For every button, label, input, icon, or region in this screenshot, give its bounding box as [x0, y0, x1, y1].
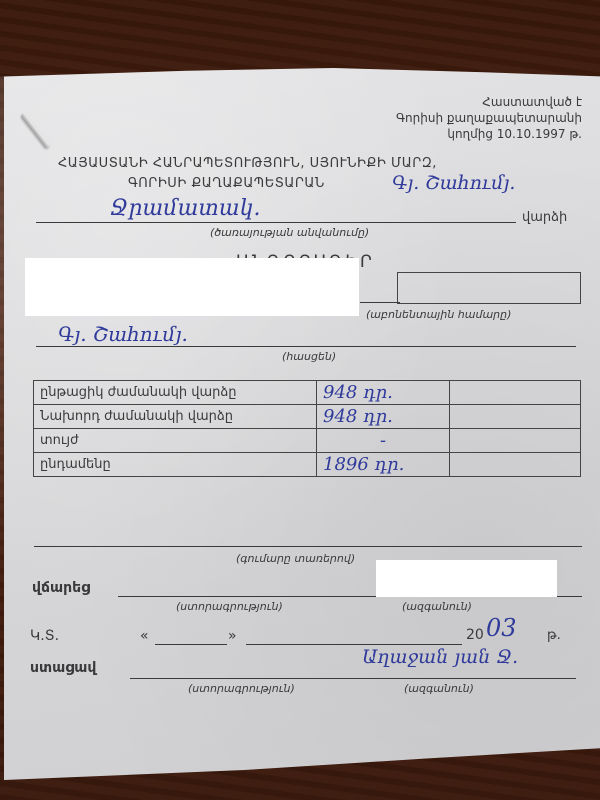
approval-line-2: Գորիսի քաղաքապետարանի	[396, 110, 582, 126]
received-label: ստացավ	[30, 660, 96, 676]
date-day-underline	[155, 644, 227, 645]
table-row: ընդամենը 1896 դր.	[34, 453, 581, 477]
subscriber-number-box	[397, 272, 581, 304]
paid-signature-caption: (ստորագրություն)	[176, 600, 283, 613]
paid-name-caption: (ազգանուն)	[402, 600, 472, 613]
row-label: տույժ	[34, 429, 317, 453]
row-value: 1896 դր.	[317, 453, 450, 477]
service-handwritten: Ջրամատակ.	[110, 196, 260, 221]
service-underline	[36, 222, 516, 223]
row-label: ընթացիկ ժամանակի վարձը	[34, 381, 317, 405]
table-row: ընթացիկ ժամանակի վարձը 948 դր.	[34, 381, 581, 405]
seal-label: Կ.Տ.	[30, 628, 59, 644]
date-day-open: «	[140, 628, 149, 644]
row-extra	[450, 429, 581, 453]
address-caption: (հասցեն)	[282, 350, 336, 363]
approval-note: Հաստատված է Գորիսի քաղաքապետարանի կողմից…	[396, 94, 582, 142]
received-signature-caption: (ստորագրություն)	[188, 682, 295, 695]
date-year-printed: 20	[466, 627, 484, 643]
received-underline	[130, 678, 576, 679]
amount-words-underline	[34, 546, 582, 547]
row-value: 948 դր.	[317, 381, 450, 405]
header-municipality: ԳՈՐԻՍԻ ՔԱՂԱՔԱՊԵՏԱՐԱՆ	[128, 176, 325, 191]
address-underline	[36, 346, 576, 347]
amount-words-caption: (գումարը տառերով)	[236, 552, 355, 565]
redacted-subscriber-name	[25, 258, 359, 316]
address-handwritten: Գյ. Շահումյ.	[58, 322, 188, 346]
subscriber-underline	[360, 302, 400, 303]
date-day-close: »	[228, 628, 237, 644]
row-extra	[450, 381, 581, 405]
table-row: տույժ -	[34, 429, 581, 453]
readings-table: ընթացիկ ժամանակի վարձը 948 դր. Նախորդ ժա…	[33, 380, 581, 477]
received-name-caption: (ազգանուն)	[404, 682, 474, 695]
row-label: ընդամենը	[34, 453, 317, 477]
subscriber-number-caption: (աբոնենտային համարը)	[366, 308, 511, 321]
paid-label: վճարեց	[32, 580, 90, 596]
approval-line-1: Հաստատված է	[396, 94, 582, 110]
row-value: -	[317, 429, 450, 453]
row-label: Նախորդ ժամանակի վարձը	[34, 405, 317, 429]
received-handwritten-name: Աղաջան յան Ջ.	[362, 646, 518, 668]
service-suffix: վարձի	[522, 210, 567, 225]
service-caption: (ծառայության անվանումը)	[210, 226, 369, 239]
redacted-payer-name	[376, 560, 557, 597]
header-handwritten-city: Գյ. Շահումյ.	[392, 172, 515, 194]
approval-line-3: կողմից 10.10.1997 թ.	[396, 126, 582, 142]
row-value: 948 դր.	[317, 405, 450, 429]
row-extra	[450, 405, 581, 429]
row-extra	[450, 453, 581, 477]
table-row: Նախորդ ժամանակի վարձը 948 դր.	[34, 405, 581, 429]
header-country-region: ՀԱՅԱՍՏԱՆԻ ՀԱՆՐԱՊԵՏՈՒԹՅՈՒՆ, ՍՅՈՒՆԻՔԻ ՄԱՐԶ…	[58, 156, 437, 171]
date-year-handwritten: 03	[486, 614, 517, 642]
date-year-suffix: թ.	[547, 628, 561, 643]
